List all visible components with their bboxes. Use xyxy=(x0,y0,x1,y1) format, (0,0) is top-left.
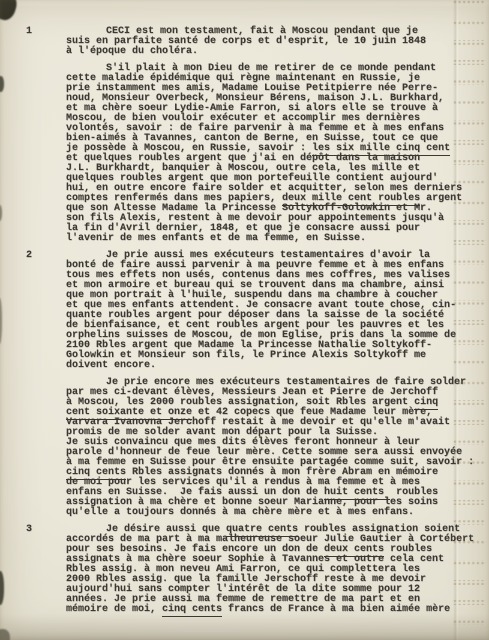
text-line: qu'elle a toujours donnés à ma chère mèr… xyxy=(66,508,480,518)
text-line: doivent encore. xyxy=(66,361,480,371)
scan-artifact-corner xyxy=(0,0,19,22)
margin-number: 3 xyxy=(26,525,32,535)
text-line: l'avenir de mes enfants et de ma femme, … xyxy=(66,234,480,244)
scan-artifact-edge xyxy=(0,205,2,221)
text-run: qu'elle a toujours donnés à ma chère mèr… xyxy=(66,507,414,518)
scan-artifact-top-shade xyxy=(0,0,489,7)
scan-artifact-bottom-shade xyxy=(0,614,489,640)
text-block: 1CECI est mon testament, fait à Moscou p… xyxy=(66,27,480,615)
paragraph: S'il plait à mon Dieu de me retirer de c… xyxy=(66,64,480,244)
scan-artifact-corner xyxy=(0,629,10,640)
scan-artifact-edge xyxy=(0,76,4,92)
text-run: doivent encore. xyxy=(66,360,156,371)
text-run: mémoire de moi, xyxy=(66,604,162,615)
text-line: à l'époque du choléra. xyxy=(66,47,480,57)
paragraph: Je prie encore mes exécuteurs testamenta… xyxy=(66,378,480,518)
paragraph: 3Je désire aussi que quatre cents rouble… xyxy=(66,525,480,615)
scanned-testament-page: 1CECI est mon testament, fait à Moscou p… xyxy=(0,0,489,640)
scan-artifact-edge xyxy=(0,298,2,344)
margin-number: 1 xyxy=(26,27,32,37)
scan-artifact-edge xyxy=(0,571,4,605)
text-run: l'avenir de mes enfants et de ma femme, … xyxy=(66,233,366,244)
paragraph: 2Je prie aussi mes exécuteurs testamenta… xyxy=(66,251,480,371)
paragraph: 1CECI est mon testament, fait à Moscou p… xyxy=(66,27,480,57)
text-line: mémoire de moi, cinq cents francs de Fra… xyxy=(66,605,480,615)
text-run: francs de France à ma bien aimée mère xyxy=(222,604,450,615)
underlined-text-run: cinq cents xyxy=(162,604,222,617)
margin-number: 2 xyxy=(26,251,32,261)
text-run: à l'époque du choléra. xyxy=(66,46,198,57)
